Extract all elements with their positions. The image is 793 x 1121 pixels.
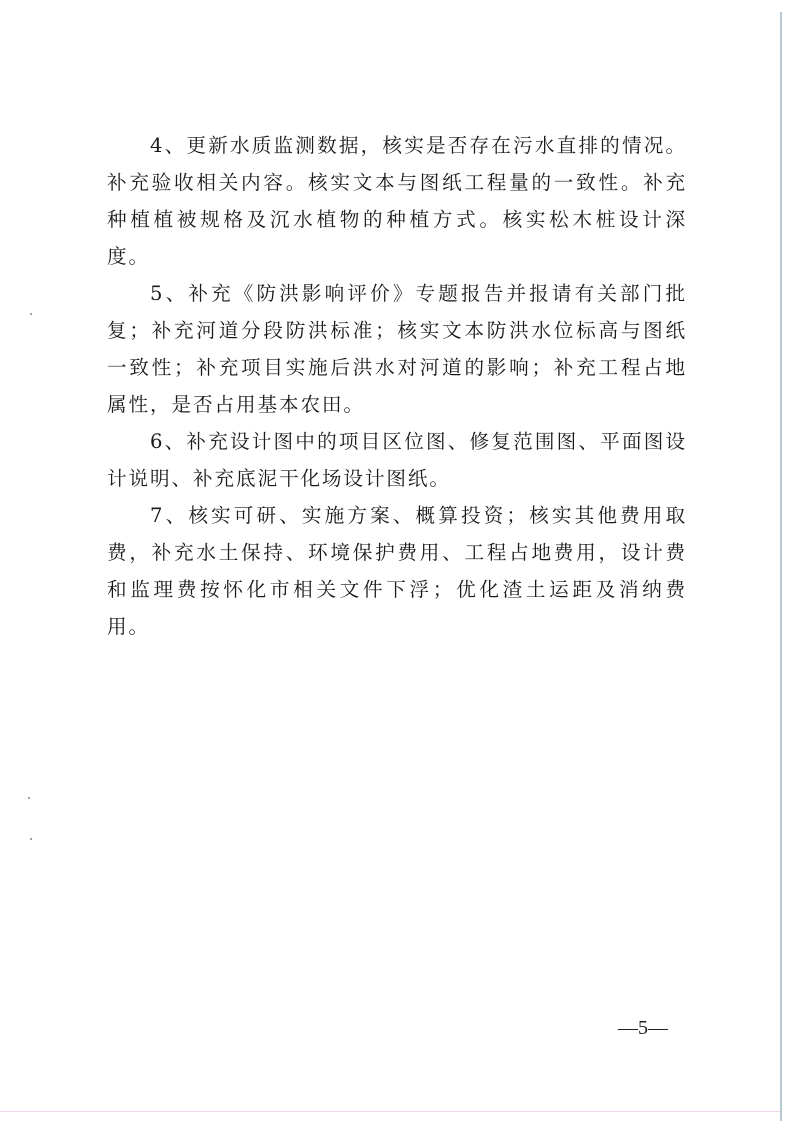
scan-speck — [30, 313, 32, 315]
paragraph-item-6: 6、补充设计图中的项目区位图、修复范围图、平面图设计说明、补充底泥干化场设计图纸… — [107, 423, 687, 497]
paragraph-item-7: 7、核实可研、实施方案、概算投资；核实其他费用取费，补充水土保持、环境保护费用、… — [107, 497, 687, 645]
scan-speck — [30, 838, 32, 840]
scan-speck — [28, 797, 30, 799]
scan-edge-line — [780, 12, 782, 1121]
paragraph-item-4: 4、更新水质监测数据，核实是否存在污水直排的情况。补充验收相关内容。核实文本与图… — [107, 127, 687, 275]
page-number: —5— — [618, 1017, 668, 1040]
paragraph-item-5: 5、补充《防洪影响评价》专题报告并报请有关部门批复；补充河道分段防洪标准；核实文… — [107, 275, 687, 423]
scan-bottom-line — [0, 1111, 780, 1112]
document-page: 4、更新水质监测数据，核实是否存在污水直排的情况。补充验收相关内容。核实文本与图… — [0, 0, 793, 1121]
document-body: 4、更新水质监测数据，核实是否存在污水直排的情况。补充验收相关内容。核实文本与图… — [107, 127, 687, 645]
